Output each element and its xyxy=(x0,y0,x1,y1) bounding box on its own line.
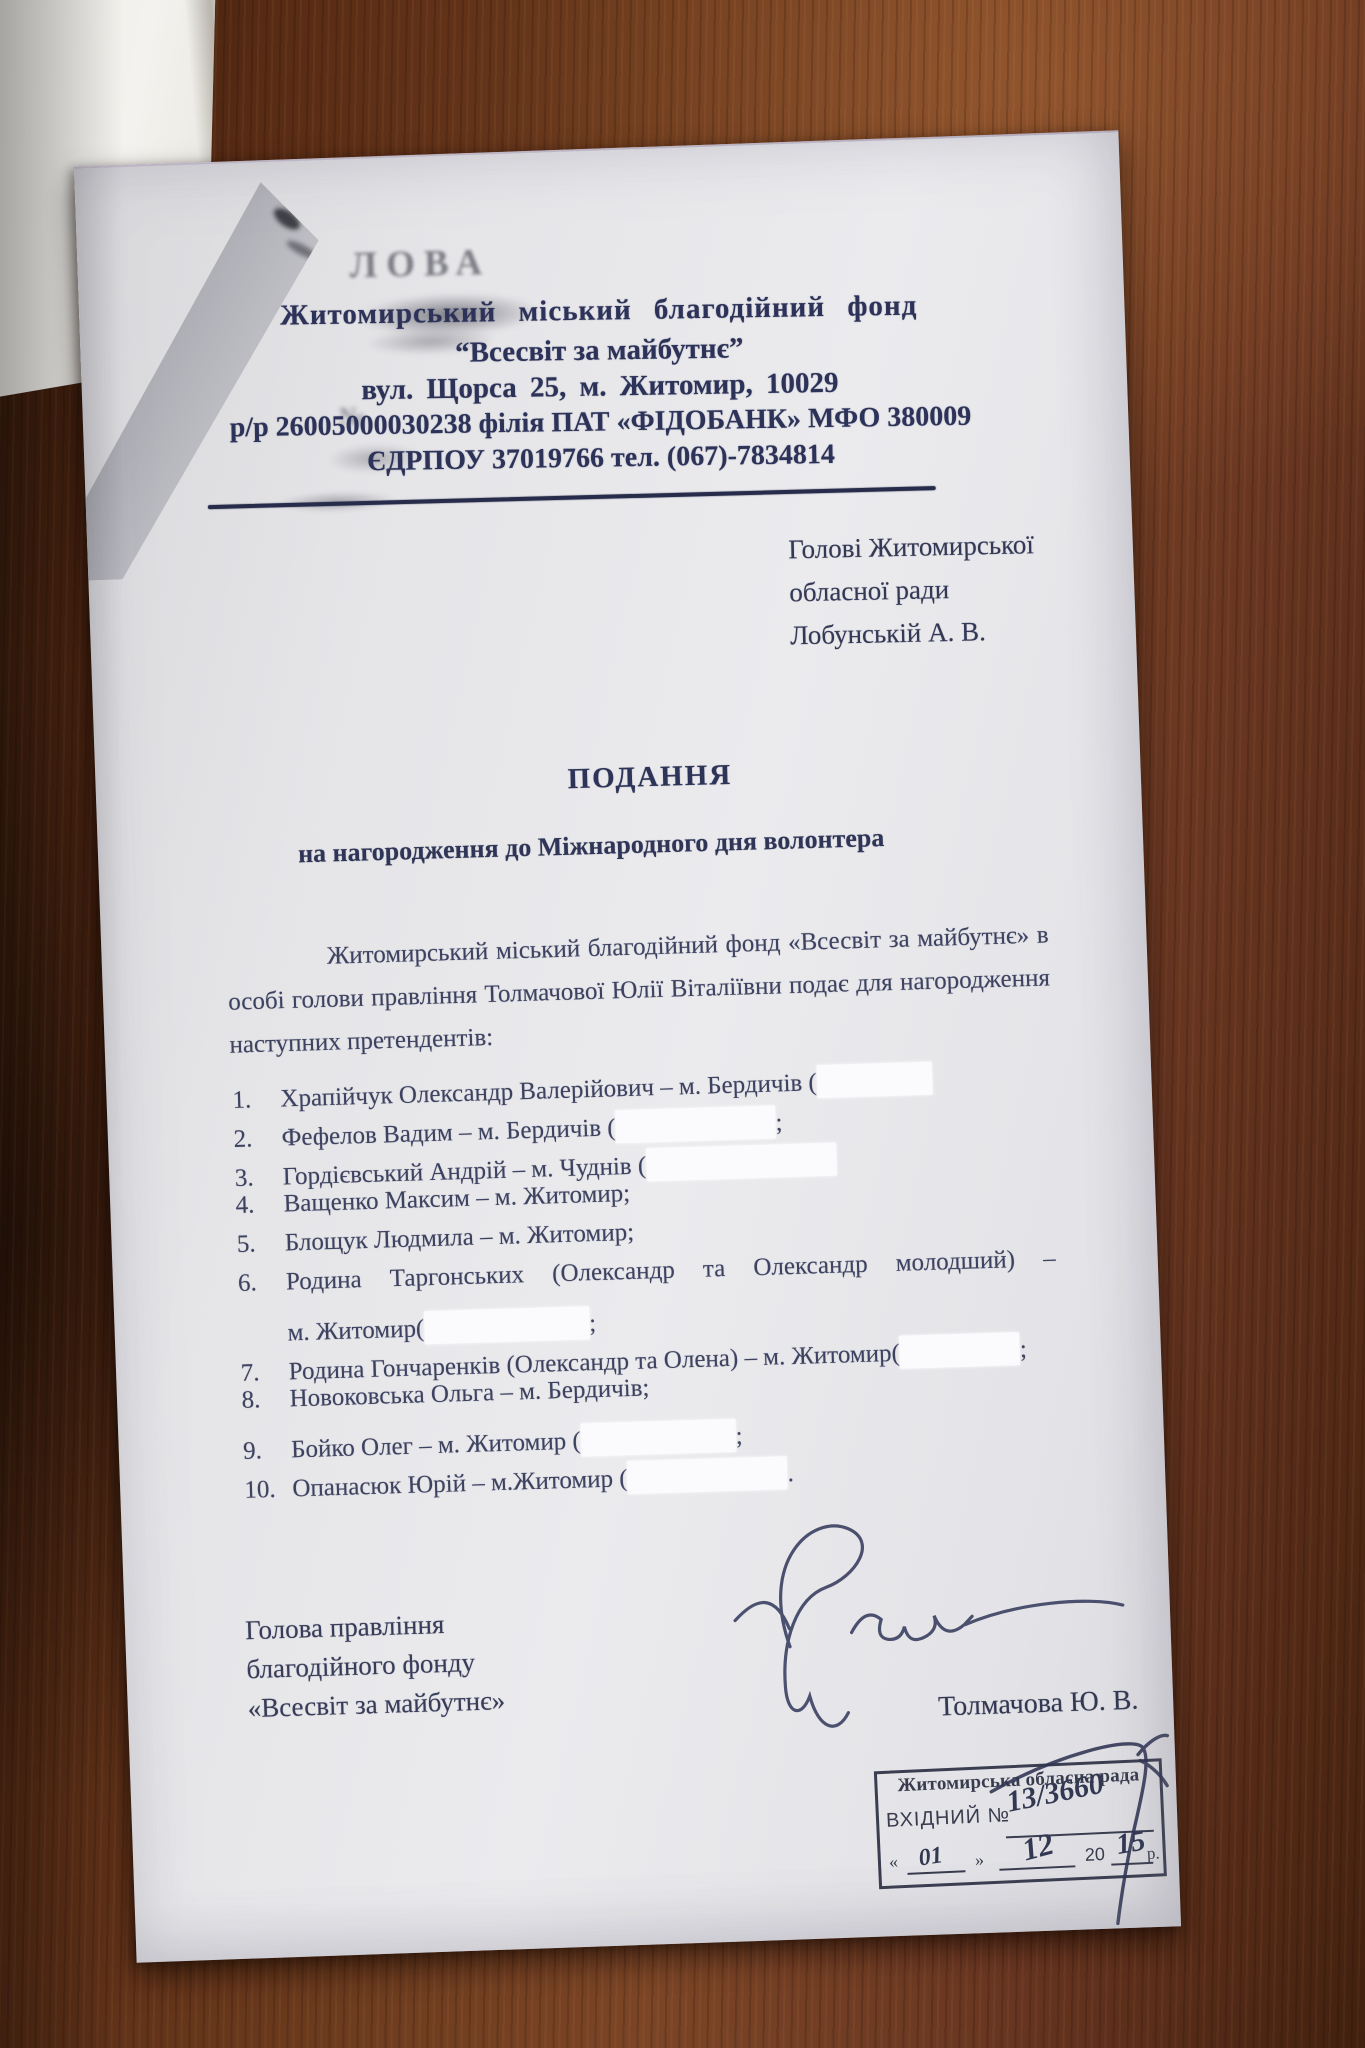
redaction-box xyxy=(646,1143,837,1182)
redaction-box xyxy=(899,1332,1020,1369)
list-item-number: 3. xyxy=(234,1164,283,1193)
intro-paragraph: Житомирський міський благодійний фонд «В… xyxy=(226,913,1051,1066)
signature-block: Голова правління благодійного фонду «Все… xyxy=(245,1603,506,1728)
list-item-text: Опанасюк Юрій – м.Житомир (. xyxy=(292,1460,794,1502)
addressee-name: Лобунській А. В. xyxy=(790,609,1036,657)
list-item-number: 2. xyxy=(233,1125,282,1154)
addressee-block: Голові Житомирської обласної ради Лобунс… xyxy=(788,523,1036,657)
list-item-number: 6. xyxy=(238,1268,287,1297)
signer-title-line: «Всесвіт за майбутнє» xyxy=(247,1681,506,1728)
list-item-number: 7. xyxy=(240,1358,289,1387)
list-item-number: 4. xyxy=(235,1191,284,1220)
addressee-line: обласної ради xyxy=(789,566,1035,614)
redaction-box xyxy=(424,1306,590,1344)
document-title: ПОДАННЯ xyxy=(567,759,732,796)
document-subtitle: на нагородження до Міжнародного дня воло… xyxy=(298,823,885,869)
list-item-number: 1. xyxy=(232,1086,281,1115)
pen-flourish xyxy=(829,1723,1197,1965)
list-item-number: 5. xyxy=(236,1230,285,1259)
faded-stamp-smudge: ЛОВА xyxy=(349,241,491,287)
document-page: ЛОВА № Житомирський міський благодійний … xyxy=(74,130,1181,1962)
photo-scene: ЛОВА № Житомирський міський благодійний … xyxy=(0,0,1365,2048)
corner-smudge xyxy=(285,237,320,262)
list-item-number: 10. xyxy=(244,1475,293,1504)
redaction-box xyxy=(615,1105,776,1143)
list-item-number: 9. xyxy=(243,1436,292,1465)
list-item-number xyxy=(240,1340,288,1341)
list-item-number: 8. xyxy=(241,1385,290,1414)
corner-smudge xyxy=(270,204,303,234)
letterhead: Житомирський міський благодійний фонд “В… xyxy=(198,286,1001,483)
redaction-box xyxy=(816,1062,932,1098)
candidates-list: 1.Храпійчук Олександр Валерійович – м. Б… xyxy=(232,1050,1067,1504)
addressee-line: Голові Житомирської xyxy=(788,523,1034,571)
redaction-box xyxy=(580,1419,736,1457)
redaction-box xyxy=(627,1456,788,1494)
